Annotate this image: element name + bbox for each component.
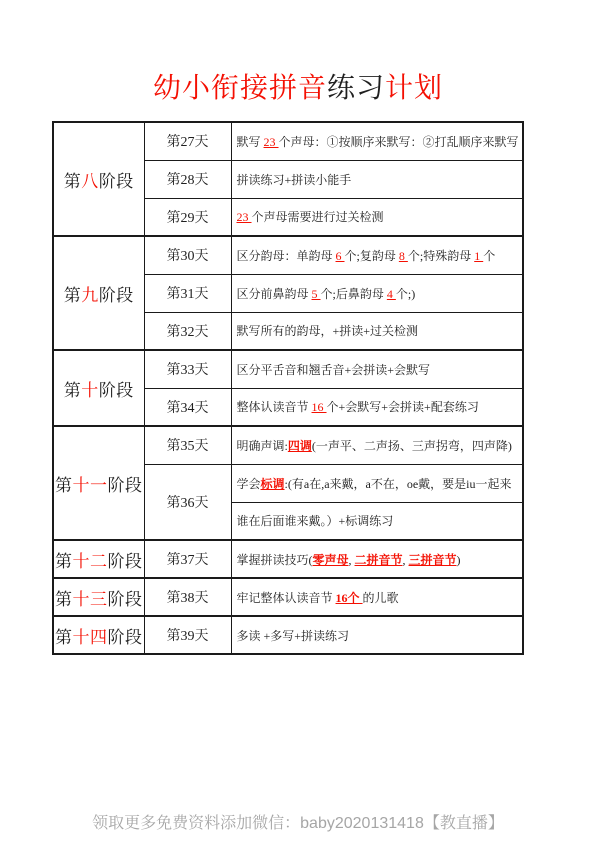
schedule-table: 第八阶段 第27天 默写 23 个声母：①按顺序来默写：②打乱顺序来默写 第28… xyxy=(52,121,524,655)
content-cell: 拼读练习+拼读小能手 xyxy=(231,160,523,198)
content-cell: 区分前鼻韵母 5 个;后鼻韵母 4 个;) xyxy=(231,274,523,312)
footer-watermark: 领取更多免费资料添加微信：baby2020131418【教直播】 xyxy=(0,814,596,834)
day-cell: 第34天 xyxy=(144,388,231,426)
content-cell: 区分韵母：单韵母 6 个;复韵母 8 个;特殊韵母 1 个 xyxy=(231,236,523,274)
day-cell: 第39天 xyxy=(144,616,231,654)
stage-cell: 第八阶段 xyxy=(53,122,144,236)
stage-cell: 第十一阶段 xyxy=(53,426,144,540)
content-cell: 区分平舌音和翘舌音+会拼读+会默写 xyxy=(231,350,523,388)
day-cell: 第29天 xyxy=(144,198,231,236)
day-cell: 第35天 xyxy=(144,426,231,464)
day-cell: 第30天 xyxy=(144,236,231,274)
table-row: 第十阶段 第33天 区分平舌音和翘舌音+会拼读+会默写 xyxy=(53,350,523,388)
stage-cell: 第十二阶段 xyxy=(53,540,144,578)
day-cell: 第31天 xyxy=(144,274,231,312)
table-row: 第十一阶段 第35天 明确声调:四调(一声平、二声扬、三声拐弯，四声降) xyxy=(53,426,523,464)
day-cell: 第33天 xyxy=(144,350,231,388)
content-cell: 谁在后面谁来戴。）+标调练习 xyxy=(231,502,523,540)
table-row: 第十二阶段 第37天 掌握拼读技巧(零声母, 二拼音节, 三拼音节) xyxy=(53,540,523,578)
table-row: 第十三阶段 第38天 牢记整体认读音节 16个 的儿歌 xyxy=(53,578,523,616)
table-row: 第八阶段 第27天 默写 23 个声母：①按顺序来默写：②打乱顺序来默写 xyxy=(53,122,523,160)
day-cell: 第32天 xyxy=(144,312,231,350)
table-row: 第十四阶段 第39天 多读 +多写+拼读练习 xyxy=(53,616,523,654)
document-page: 幼小衔接拼音练习计划 第八阶段 第27天 默写 23 个声母：①按顺序来默写：②… xyxy=(0,0,596,842)
content-cell: 明确声调:四调(一声平、二声扬、三声拐弯，四声降) xyxy=(231,426,523,464)
stage-cell: 第十四阶段 xyxy=(53,616,144,654)
content-cell: 掌握拼读技巧(零声母, 二拼音节, 三拼音节) xyxy=(231,540,523,578)
content-cell: 整体认读音节 16 个+会默写+会拼读+配套练习 xyxy=(231,388,523,426)
stage-cell: 第九阶段 xyxy=(53,236,144,350)
day-cell: 第37天 xyxy=(144,540,231,578)
content-cell: 牢记整体认读音节 16个 的儿歌 xyxy=(231,578,523,616)
day-cell: 第36天 xyxy=(144,464,231,540)
day-cell: 第28天 xyxy=(144,160,231,198)
content-cell: 学会标调:(有a在,a来戴，a不在，oe戴，要是iu一起来 xyxy=(231,464,523,502)
content-cell: 多读 +多写+拼读练习 xyxy=(231,616,523,654)
day-cell: 第38天 xyxy=(144,578,231,616)
day-cell: 第27天 xyxy=(144,122,231,160)
stage-cell: 第十阶段 xyxy=(53,350,144,426)
page-title: 幼小衔接拼音练习计划 xyxy=(0,72,596,106)
content-cell: 默写 23 个声母：①按顺序来默写：②打乱顺序来默写 xyxy=(231,122,523,160)
content-cell: 默写所有的韵母，+拼读+过关检测 xyxy=(231,312,523,350)
content-cell: 23 个声母需要进行过关检测 xyxy=(231,198,523,236)
table-row: 第九阶段 第30天 区分韵母：单韵母 6 个;复韵母 8 个;特殊韵母 1 个 xyxy=(53,236,523,274)
stage-cell: 第十三阶段 xyxy=(53,578,144,616)
